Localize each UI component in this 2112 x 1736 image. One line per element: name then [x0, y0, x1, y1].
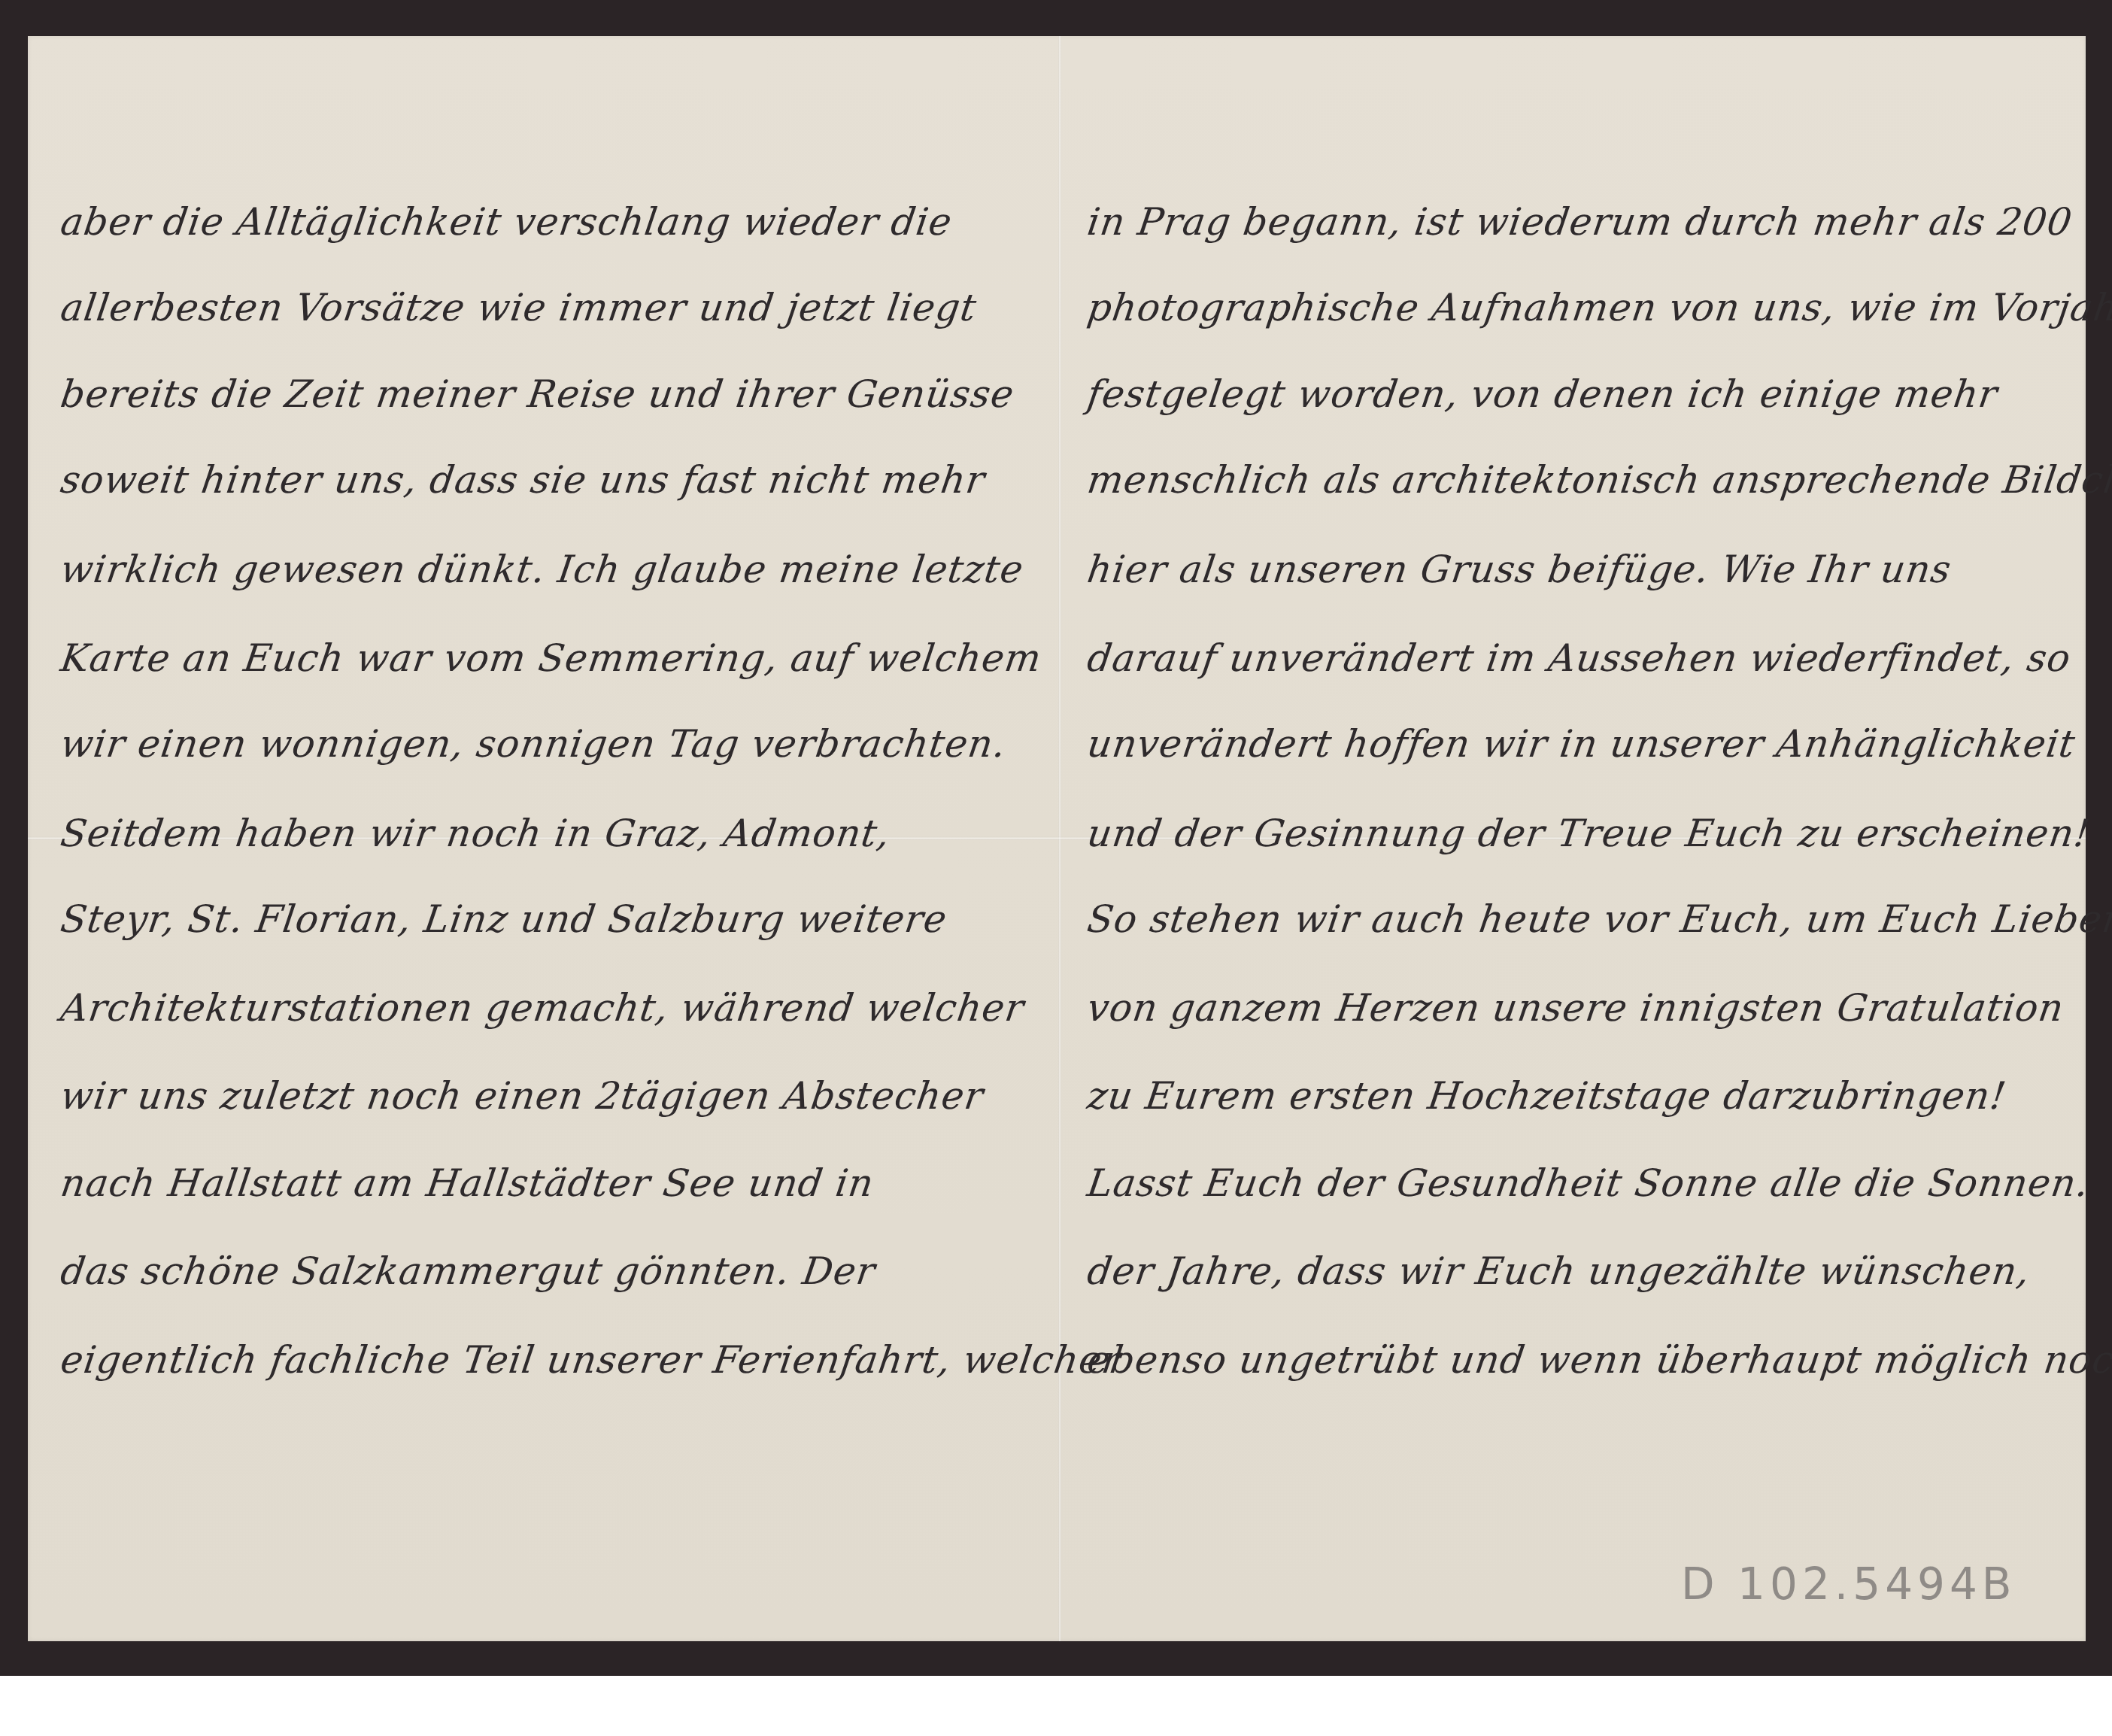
handwritten-line: und der Gesinnung der Treue Euch zu ersc… — [1085, 812, 2093, 855]
handwritten-line: darauf unverändert im Aussehen wiederfin… — [1085, 636, 2074, 680]
handwritten-line: zu Eurem ersten Hochzeitstage darzubring… — [1085, 1074, 2009, 1118]
handwritten-line: hier als unseren Gruss beifüge. Wie Ihr … — [1085, 548, 1954, 591]
handwritten-line: aber die Alltäglichkeit verschlang wiede… — [58, 200, 955, 244]
archive-number-pencil: D 102.5494B — [1681, 1558, 2016, 1610]
handwritten-line: soweit hinter uns, dass sie uns fast nic… — [58, 458, 988, 502]
handwritten-line: Seitdem haben wir noch in Graz, Admont, — [58, 812, 893, 855]
handwritten-line: in Prag begann, ist wiederum durch mehr … — [1085, 200, 2075, 244]
handwritten-line: Steyr, St. Florian, Linz und Salzburg we… — [58, 897, 950, 941]
handwritten-line: unverändert hoffen wir in unserer Anhäng… — [1085, 722, 2078, 766]
handwritten-line: eigentlich fachliche Teil unserer Ferien… — [58, 1338, 1124, 1382]
handwritten-line: allerbesten Vorsätze wie immer und jetzt… — [58, 286, 979, 329]
handwritten-line: das schöne Salzkammergut gönnten. Der — [58, 1249, 878, 1293]
handwritten-line: wirklich gewesen dünkt. Ich glaube meine… — [58, 548, 1027, 591]
handwritten-line: nach Hallstatt am Hallstädter See und in — [58, 1161, 877, 1205]
handwritten-line: festgelegt worden, von denen ich einige … — [1085, 372, 2001, 416]
handwritten-line: Architekturstationen gemacht, während we… — [58, 986, 1027, 1030]
handwritten-line: menschlich als architektonisch anspreche… — [1085, 458, 2112, 502]
handwritten-line: wir uns zuletzt noch einen 2tägigen Abst… — [58, 1074, 987, 1118]
handwritten-line: bereits die Zeit meiner Reise und ihrer … — [58, 372, 1017, 416]
handwritten-line: Lasst Euch der Gesundheit Sonne alle die… — [1085, 1161, 2092, 1205]
handwritten-line: photographische Aufnahmen von uns, wie i… — [1085, 286, 2112, 329]
handwritten-line: von ganzem Herzen unsere innigsten Gratu… — [1085, 986, 2067, 1030]
handwritten-line: ebenso ungetrübt und wenn überhaupt mögl… — [1085, 1338, 2112, 1382]
handwritten-line: der Jahre, dass wir Euch ungezählte wüns… — [1085, 1249, 2033, 1293]
handwritten-line: Karte an Euch war vom Semmering, auf wel… — [58, 636, 1045, 680]
left-page: aber die Alltäglichkeit verschlang wiede… — [58, 36, 1051, 1641]
right-page: in Prag begann, ist wiederum durch mehr … — [1085, 36, 2077, 1641]
handwritten-line: wir einen wonnigen, sonnigen Tag verbrac… — [58, 722, 1009, 766]
letter-paper: aber die Alltäglichkeit verschlang wiede… — [28, 36, 2086, 1641]
dark-mount-frame: aber die Alltäglichkeit verschlang wiede… — [0, 0, 2112, 1676]
handwritten-line: So stehen wir auch heute vor Euch, um Eu… — [1085, 897, 2112, 941]
